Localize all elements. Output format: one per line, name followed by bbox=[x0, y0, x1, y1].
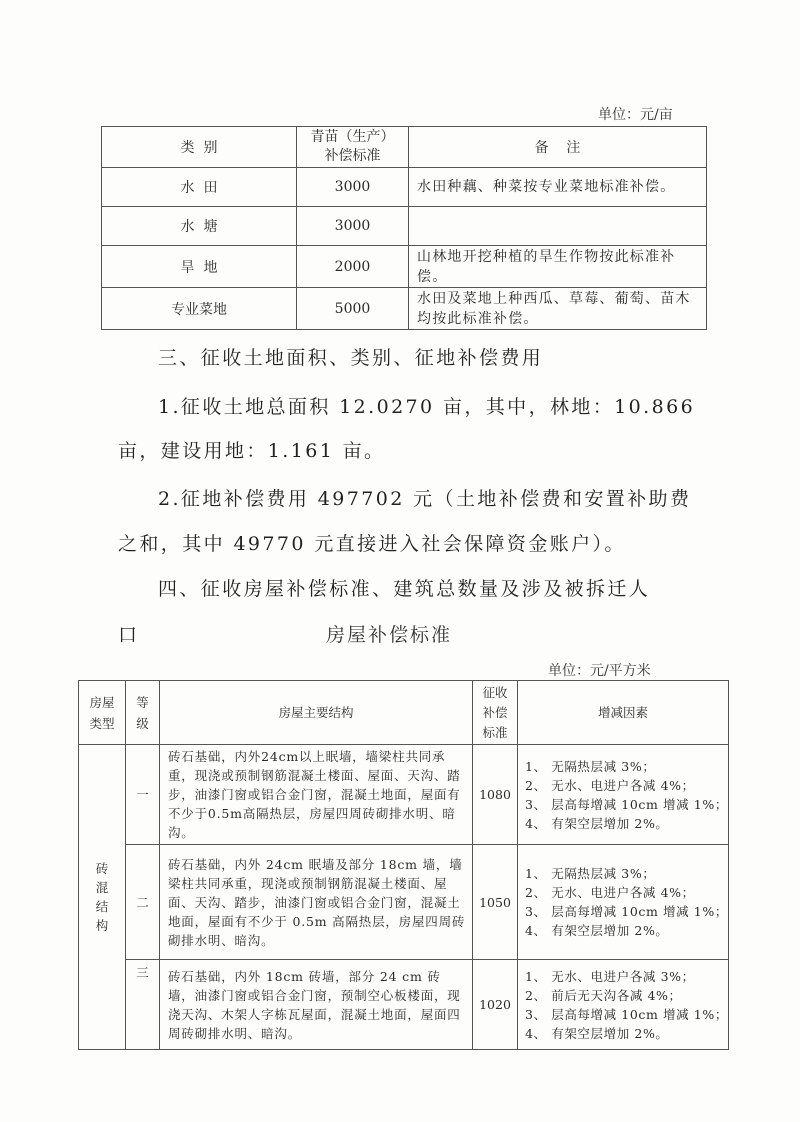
factors-cell: 1、 无隔热层减 3%； 2、 无水、电进户各减 4%； 3、 层高每增减 10… bbox=[518, 845, 729, 960]
row-category: 水 塘 bbox=[102, 207, 297, 246]
section3-item2-line1: 2.征地补偿费用 497702 元（土地补偿费和安置补助费 bbox=[158, 484, 691, 511]
section4-heading-line1: 四、征收房屋补偿标准、建筑总数量及涉及被拆迁人 bbox=[158, 574, 650, 601]
factor-item: 4、 有架空层增加 2%。 bbox=[525, 1024, 724, 1043]
table-row: 水 塘 3000 bbox=[102, 207, 707, 246]
factor-item: 2、 无水、电进户各减 4%； bbox=[525, 776, 724, 795]
grade-cell: 一 bbox=[126, 745, 160, 845]
row-category: 专业菜地 bbox=[102, 288, 297, 330]
row-category: 水 田 bbox=[102, 168, 297, 207]
header-standard-text: 征收补偿标准 bbox=[482, 685, 507, 740]
factor-item: 2、 无水、电进户各减 4%； bbox=[525, 883, 724, 902]
row-standard: 2000 bbox=[297, 246, 409, 288]
section3-heading: 三、征收土地面积、类别、征地补偿费用 bbox=[158, 343, 543, 370]
table-row: 旱 地 2000 山林地开挖种植的旱生作物按此标准补偿。 bbox=[102, 246, 707, 288]
standard-cell: 1050 bbox=[473, 845, 518, 960]
header-factors: 增减因素 bbox=[518, 681, 729, 745]
table-row: 专业菜地 5000 水田及菜地上种西瓜、草莓、葡萄、苗木均按此标准补偿。 bbox=[102, 288, 707, 330]
factor-item: 4、 有架空层增加 2%。 bbox=[525, 814, 724, 833]
factor-item: 3、 层高每增减 10cm 增减 1%； bbox=[525, 795, 724, 814]
structure-cell: 砖石基础，内外 18cm 砖墙，部分 24 cm 砖墙，油漆门窗或铝合金门窗，预… bbox=[160, 960, 473, 1050]
header-structure: 房屋主要结构 bbox=[160, 681, 473, 745]
grade-cell: 三 bbox=[126, 960, 160, 1050]
crop-compensation-table: 类 别 青苗（生产） 补偿标准 备 注 水 田 3000 水田种藕、种菜按专业菜… bbox=[101, 126, 707, 330]
table-row: 砖混结构 一 砖石基础，内外24cm以上眠墙，墙梁柱共同承重，现浇或预制钢筋混凝… bbox=[79, 745, 729, 845]
grade-cell: 二 bbox=[126, 845, 160, 960]
table-row: 三 砖石基础，内外 18cm 砖墙，部分 24 cm 砖墙，油漆门窗或铝合金门窗… bbox=[79, 960, 729, 1050]
house-type-cell: 砖混结构 bbox=[79, 745, 126, 1050]
table-row: 水 田 3000 水田种藕、种菜按专业菜地标准补偿。 bbox=[102, 168, 707, 207]
header-grade: 等级 bbox=[126, 681, 160, 745]
crop-table-unit: 单位：元/亩 bbox=[598, 104, 673, 124]
factors-cell: 1、 无水、电进户各减 3%； 2、 前后无天沟各减 4%； 3、 层高每增减 … bbox=[518, 960, 729, 1050]
house-type-value: 砖混结构 bbox=[96, 861, 109, 933]
header-remark: 备 注 bbox=[409, 127, 707, 168]
row-standard: 5000 bbox=[297, 288, 409, 330]
house-table-unit: 单位：元/平方米 bbox=[548, 660, 651, 680]
header-standard-line1: 青苗（生产） bbox=[297, 128, 408, 147]
standard-cell: 1020 bbox=[473, 960, 518, 1050]
factor-item: 1、 无隔热层减 3%； bbox=[525, 864, 724, 883]
header-category: 类 别 bbox=[102, 127, 297, 168]
section3-item2-line2: 之和，其中 49770 元直接进入社会保障资金账户）。 bbox=[118, 529, 626, 556]
row-standard: 3000 bbox=[297, 207, 409, 246]
row-remark bbox=[409, 207, 707, 246]
section3-item1-line2: 亩，建设用地：1.161 亩。 bbox=[118, 436, 385, 463]
section3-item1-line1: 1.征收土地总面积 12.0270 亩，其中，林地：10.866 bbox=[158, 392, 695, 419]
header-house-type-text: 房屋类型 bbox=[89, 695, 114, 731]
header-grade-text: 等级 bbox=[136, 695, 149, 731]
table-header-row: 房屋类型 等级 房屋主要结构 征收补偿标准 增减因素 bbox=[79, 681, 729, 745]
table-header-row: 类 别 青苗（生产） 补偿标准 备 注 bbox=[102, 127, 707, 168]
house-table-title: 房屋补偿标准 bbox=[326, 620, 452, 647]
structure-cell: 砖石基础，内外24cm以上眠墙，墙梁柱共同承重，现浇或预制钢筋混凝土楼面、屋面、… bbox=[160, 745, 473, 845]
row-remark: 水田种藕、种菜按专业菜地标准补偿。 bbox=[409, 168, 707, 207]
factors-cell: 1、 无隔热层减 3%； 2、 无水、电进户各减 4%； 3、 层高每增减 10… bbox=[518, 745, 729, 845]
row-remark: 水田及菜地上种西瓜、草莓、葡萄、苗木均按此标准补偿。 bbox=[409, 288, 707, 330]
header-standard-line2: 补偿标准 bbox=[297, 147, 408, 166]
table-row: 二 砖石基础，内外 24cm 眠墙及部分 18cm 墙，墙梁柱共同承重，现浇或预… bbox=[79, 845, 729, 960]
header-standard: 征收补偿标准 bbox=[473, 681, 518, 745]
structure-cell: 砖石基础，内外 24cm 眠墙及部分 18cm 墙，墙梁柱共同承重，现浇或预制钢… bbox=[160, 845, 473, 960]
row-remark: 山林地开挖种植的旱生作物按此标准补偿。 bbox=[409, 246, 707, 288]
header-house-type: 房屋类型 bbox=[79, 681, 126, 745]
standard-cell: 1080 bbox=[473, 745, 518, 845]
house-compensation-table: 房屋类型 等级 房屋主要结构 征收补偿标准 增减因素 砖混结构 一 砖石基础，内… bbox=[78, 680, 729, 1050]
row-standard: 3000 bbox=[297, 168, 409, 207]
row-category: 旱 地 bbox=[102, 246, 297, 288]
header-standard: 青苗（生产） 补偿标准 bbox=[297, 127, 409, 168]
factor-item: 1、 无水、电进户各减 3%； bbox=[525, 967, 724, 986]
factor-item: 3、 层高每增减 10cm 增减 1%； bbox=[525, 902, 724, 921]
factor-item: 1、 无隔热层减 3%； bbox=[525, 757, 724, 776]
factor-item: 2、 前后无天沟各减 4%； bbox=[525, 986, 724, 1005]
section4-heading-line2: 口 bbox=[118, 620, 139, 647]
factor-item: 3、 层高每增减 10cm 增减 1%； bbox=[525, 1005, 724, 1024]
factor-item: 4、 有架空层增加 2%。 bbox=[525, 921, 724, 940]
